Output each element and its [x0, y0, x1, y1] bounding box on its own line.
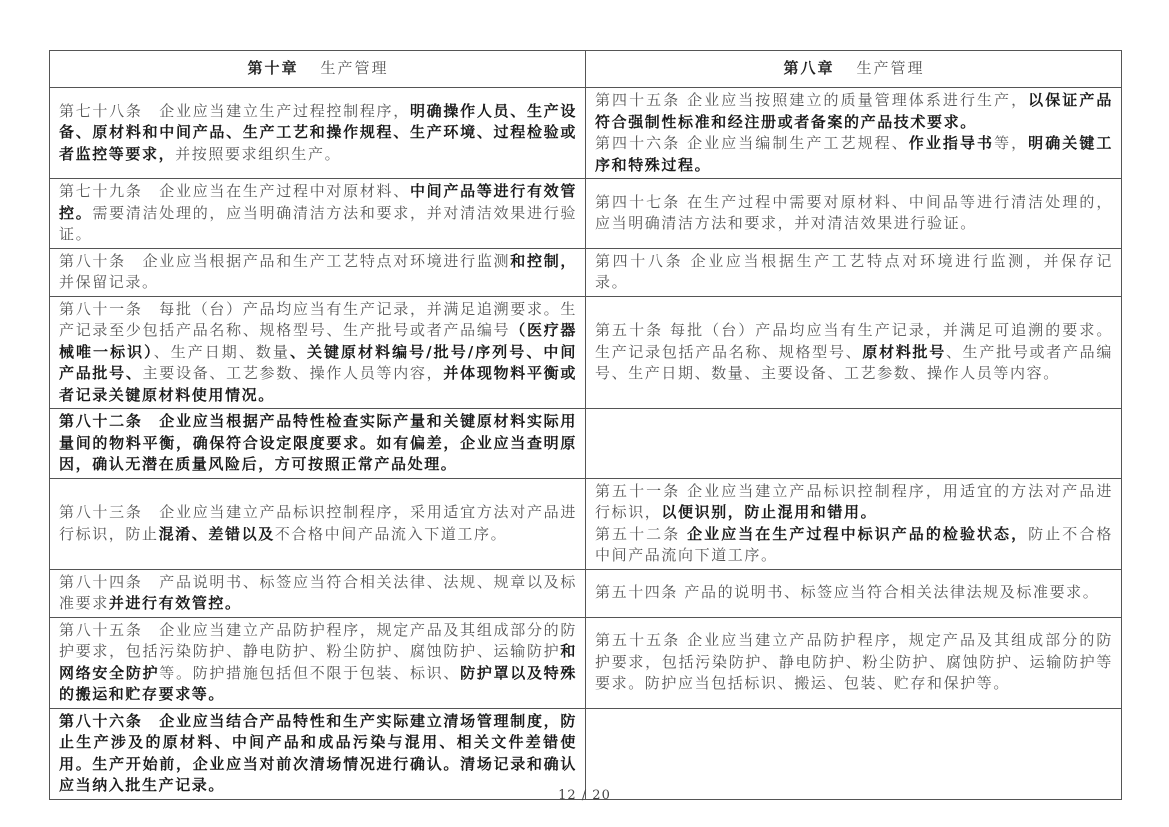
- text-segment: 不合格中间产品流入下道工序。: [275, 525, 507, 543]
- table-header-row: 第十章生产管理 第八章生产管理: [50, 51, 1122, 88]
- text-segment: 、生产日期、数量: [154, 343, 290, 361]
- article-paragraph: 第八十三条 企业应当建立产品标识控制程序，采用适宜方法对产品进行标识，防止混淆、…: [59, 502, 577, 545]
- chapter-title: 生产管理: [321, 59, 389, 77]
- text-segment: 需要清洁处理的，应当明确清洁方法和要求，并对清洁效果进行验证。: [59, 204, 577, 244]
- table-row: 第八十五条 企业应当建立产品防护程序，规定产品及其组成部分的防护要求，包括污染防…: [50, 617, 1122, 708]
- table-row: 第八十一条 每批（台）产品均应当有生产记录，并满足追溯要求。生产记录至少包括产品…: [50, 296, 1122, 409]
- bold-text-segment: 混淆、差错以及: [159, 525, 275, 543]
- article-paragraph: 第八十六条 企业应当结合产品特性和生产实际建立清场管理制度，防止生产涉及的原材料…: [59, 711, 577, 797]
- chapter-number: 第八章: [783, 59, 834, 77]
- table-row: 第八十六条 企业应当结合产品特性和生产实际建立清场管理制度，防止生产涉及的原材料…: [50, 708, 1122, 799]
- old-regulation-cell: 第五十一条 企业应当建立产品标识控制程序，用适宜的方法对产品进行标识，以便识别，…: [586, 478, 1122, 569]
- text-segment: 第四十五条 企业应当按照建立的质量管理体系进行生产，: [595, 91, 1028, 109]
- table-row: 第八十四条 产品说明书、标签应当符合相关法律、法规、规章以及标准要求并进行有效管…: [50, 569, 1122, 617]
- article-paragraph: 第四十八条 企业应当根据生产工艺特点对环境进行监测，并保存记录。: [595, 251, 1113, 294]
- text-segment: 并按照要求组织生产。: [175, 145, 341, 163]
- table-body: 第七十八条 企业应当建立生产过程控制程序，明确操作人员、生产设备、原材料和中间产…: [50, 88, 1122, 800]
- page-number: 12 / 20: [0, 788, 1169, 803]
- new-regulation-cell: 第八十三条 企业应当建立产品标识控制程序，采用适宜方法对产品进行标识，防止混淆、…: [50, 478, 586, 569]
- new-regulation-cell: 第八十四条 产品说明书、标签应当符合相关法律、法规、规章以及标准要求并进行有效管…: [50, 569, 586, 617]
- bold-text-segment: 并进行有效管控。: [109, 594, 242, 612]
- bold-text-segment: 第八十二条 企业应当根据产品特性检查实际产量和关键原材料实际用量间的物料平衡，确…: [59, 412, 577, 473]
- new-regulation-cell: 第七十九条 企业应当在生产过程中对原材料、中间产品等进行有效管控。需要清洁处理的…: [50, 179, 586, 249]
- article-paragraph: 第四十六条 企业应当编制生产工艺规程、作业指导书等，明确关键工序和特殊过程。: [595, 133, 1113, 176]
- new-regulation-cell: 第八十六条 企业应当结合产品特性和生产实际建立清场管理制度，防止生产涉及的原材料…: [50, 708, 586, 799]
- bold-text-segment: 以便识别，防止混用和错用。: [661, 503, 877, 521]
- old-regulation-cell: 第四十七条 在生产过程中需要对原材料、中间品等进行清洁处理的，应当明确清洁方法和…: [586, 179, 1122, 249]
- article-paragraph: 第七十八条 企业应当建立生产过程控制程序，明确操作人员、生产设备、原材料和中间产…: [59, 101, 577, 166]
- article-paragraph: 第五十一条 企业应当建立产品标识控制程序，用适宜的方法对产品进行标识，以便识别，…: [595, 481, 1113, 524]
- article-paragraph: 第四十五条 企业应当按照建立的质量管理体系进行生产，以保证产品符合强制性标准和经…: [595, 90, 1113, 133]
- bold-text-segment: 第八十六条 企业应当结合产品特性和生产实际建立清场管理制度，防止生产涉及的原材料…: [59, 712, 577, 795]
- text-segment: 第五十四条 产品的说明书、标签应当符合相关法律法规及标准要求。: [595, 583, 1099, 601]
- article-paragraph: 第五十二条 企业应当在生产过程中标识产品的检验状态，防止不合格中间产品流向下道工…: [595, 524, 1113, 567]
- text-segment: 第八十一条 每批（台）产品均应当有生产记录，并满足追溯要求。生产记录至少包括产品…: [59, 300, 577, 340]
- text-segment: 等。防护措施包括但不限于包装、标识、: [159, 664, 460, 682]
- bold-text-segment: 作业指导书: [909, 134, 994, 152]
- text-segment: 第四十六条 企业应当编制生产工艺规程、: [595, 134, 909, 152]
- text-segment: 第五十五条 企业应当建立产品防护程序，规定产品及其组成部分的防护要求，包括污染防…: [595, 631, 1113, 692]
- table-row: 第八十二条 企业应当根据产品特性检查实际产量和关键原材料实际用量间的物料平衡，确…: [50, 409, 1122, 479]
- bold-text-segment: 原材料批号: [862, 343, 946, 361]
- bold-text-segment: 和控制，: [510, 252, 577, 270]
- old-regulation-cell: 第四十八条 企业应当根据生产工艺特点对环境进行监测，并保存记录。: [586, 248, 1122, 296]
- header-right: 第八章生产管理: [586, 51, 1122, 88]
- chapter-number: 第十章: [247, 59, 298, 77]
- text-segment: 第四十七条 在生产过程中需要对原材料、中间品等进行清洁处理的，应当明确清洁方法和…: [595, 193, 1113, 233]
- old-regulation-cell: [586, 708, 1122, 799]
- article-paragraph: 第七十九条 企业应当在生产过程中对原材料、中间产品等进行有效管控。需要清洁处理的…: [59, 181, 577, 246]
- article-paragraph: 第八十一条 每批（台）产品均应当有生产记录，并满足追溯要求。生产记录至少包括产品…: [59, 299, 577, 407]
- text-segment: 等，: [994, 134, 1028, 152]
- bold-text-segment: 企业应当在生产过程中标识产品的检验状态，: [687, 525, 1028, 543]
- text-segment: 第五十二条: [595, 525, 687, 543]
- chapter-title: 生产管理: [857, 59, 925, 77]
- text-segment: 第八十条 企业应当根据产品和生产工艺特点对环境进行监测: [59, 252, 510, 270]
- text-segment: 第四十八条 企业应当根据生产工艺特点对环境进行监测，并保存记录。: [595, 252, 1113, 292]
- old-regulation-cell: 第五十四条 产品的说明书、标签应当符合相关法律法规及标准要求。: [586, 569, 1122, 617]
- article-paragraph: 第五十五条 企业应当建立产品防护程序，规定产品及其组成部分的防护要求，包括污染防…: [595, 630, 1113, 695]
- article-paragraph: 第五十四条 产品的说明书、标签应当符合相关法律法规及标准要求。: [595, 582, 1113, 604]
- old-regulation-cell: [586, 409, 1122, 479]
- text-segment: 并保留记录。: [59, 273, 159, 291]
- table-row: 第八十条 企业应当根据产品和生产工艺特点对环境进行监测和控制，并保留记录。第四十…: [50, 248, 1122, 296]
- new-regulation-cell: 第八十一条 每批（台）产品均应当有生产记录，并满足追溯要求。生产记录至少包括产品…: [50, 296, 586, 409]
- table-row: 第七十八条 企业应当建立生产过程控制程序，明确操作人员、生产设备、原材料和中间产…: [50, 88, 1122, 179]
- article-paragraph: 第五十条 每批（台）产品均应当有生产记录，并满足可追溯的要求。生产记录包括产品名…: [595, 320, 1113, 385]
- article-paragraph: 第四十七条 在生产过程中需要对原材料、中间品等进行清洁处理的，应当明确清洁方法和…: [595, 192, 1113, 235]
- old-regulation-cell: 第五十五条 企业应当建立产品防护程序，规定产品及其组成部分的防护要求，包括污染防…: [586, 617, 1122, 708]
- article-paragraph: 第八十五条 企业应当建立产品防护程序，规定产品及其组成部分的防护要求，包括污染防…: [59, 620, 577, 706]
- new-regulation-cell: 第八十二条 企业应当根据产品特性检查实际产量和关键原材料实际用量间的物料平衡，确…: [50, 409, 586, 479]
- table-row: 第七十九条 企业应当在生产过程中对原材料、中间产品等进行有效管控。需要清洁处理的…: [50, 179, 1122, 249]
- table-row: 第八十三条 企业应当建立产品标识控制程序，采用适宜方法对产品进行标识，防止混淆、…: [50, 478, 1122, 569]
- text-segment: 第七十八条 企业应当建立生产过程控制程序，: [59, 102, 410, 120]
- text-segment: 主要设备、工艺参数、操作人员等内容，: [143, 364, 444, 382]
- document-page: 第十章生产管理 第八章生产管理 第七十八条 企业应当建立生产过程控制程序，明确操…: [0, 0, 1169, 827]
- article-paragraph: 第八十条 企业应当根据产品和生产工艺特点对环境进行监测和控制，并保留记录。: [59, 251, 577, 294]
- article-paragraph: 第八十四条 产品说明书、标签应当符合相关法律、法规、规章以及标准要求并进行有效管…: [59, 572, 577, 615]
- old-regulation-cell: 第五十条 每批（台）产品均应当有生产记录，并满足可追溯的要求。生产记录包括产品名…: [586, 296, 1122, 409]
- text-segment: 第七十九条 企业应当在生产过程中对原材料、: [59, 182, 410, 200]
- article-paragraph: 第八十二条 企业应当根据产品特性检查实际产量和关键原材料实际用量间的物料平衡，确…: [59, 411, 577, 476]
- comparison-table: 第十章生产管理 第八章生产管理 第七十八条 企业应当建立生产过程控制程序，明确操…: [49, 50, 1122, 800]
- text-segment: 第八十五条 企业应当建立产品防护程序，规定产品及其组成部分的防护要求，包括污染防…: [59, 621, 577, 661]
- new-regulation-cell: 第八十五条 企业应当建立产品防护程序，规定产品及其组成部分的防护要求，包括污染防…: [50, 617, 586, 708]
- new-regulation-cell: 第七十八条 企业应当建立生产过程控制程序，明确操作人员、生产设备、原材料和中间产…: [50, 88, 586, 179]
- old-regulation-cell: 第四十五条 企业应当按照建立的质量管理体系进行生产，以保证产品符合强制性标准和经…: [586, 88, 1122, 179]
- new-regulation-cell: 第八十条 企业应当根据产品和生产工艺特点对环境进行监测和控制，并保留记录。: [50, 248, 586, 296]
- header-left: 第十章生产管理: [50, 51, 586, 88]
